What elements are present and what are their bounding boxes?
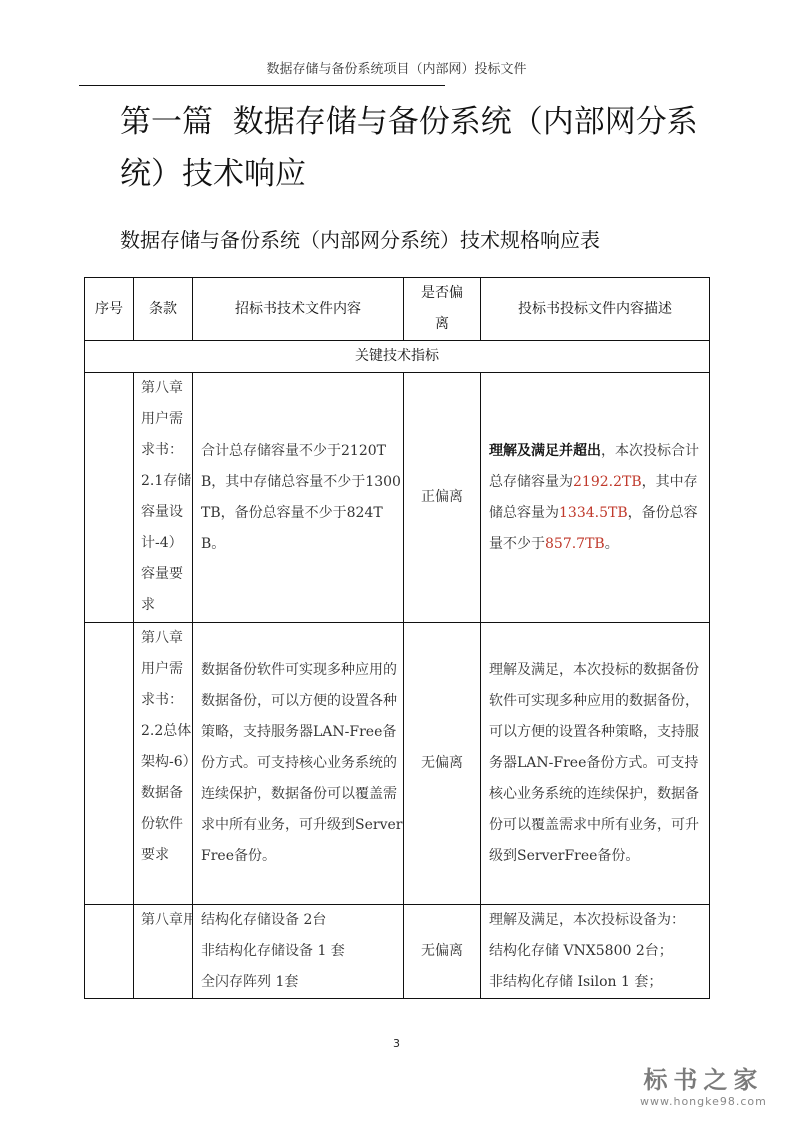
cell-tender-content: 结构化存储设备 2台 非结构化存储设备 1 套 全闪存阵列 1套 <box>193 905 404 999</box>
cell-clause: 第八章用户需求书：2.2总体架构-6）数据备份软件要求 <box>134 623 193 905</box>
running-header: 数据存储与备份系统项目（内部网）投标文件 <box>0 58 793 77</box>
backup-capacity-value: 857.7TB <box>545 536 605 552</box>
watermark-title: 标书之家 <box>640 1060 767 1095</box>
storage-capacity-value: 1334.5TB <box>559 505 628 521</box>
spec-response-table: 序号 条款 招标书技术文件内容 是否偏离 投标书投标文件内容描述 关键技术指标 … <box>84 277 710 999</box>
table-header-row: 序号 条款 招标书技术文件内容 是否偏离 投标书投标文件内容描述 <box>85 278 710 341</box>
header-deviation: 是否偏离 <box>404 278 481 341</box>
header-divider <box>79 85 445 86</box>
section-title: 关键技术指标 <box>85 341 710 373</box>
cell-bid-response: 理解及满足并超出，本次投标合计总存储容量为2192.2TB，其中存储总容量为13… <box>481 373 710 623</box>
table-caption: 数据存储与备份系统（内部网分系统）技术规格响应表 <box>120 224 600 253</box>
response-text: 。 <box>605 536 619 552</box>
cell-seq <box>85 905 134 999</box>
page-number: 3 <box>0 1037 793 1050</box>
header-clause: 条款 <box>134 278 193 341</box>
header-seq: 序号 <box>85 278 134 341</box>
cell-tender-content: 合计总存储容量不少于2120TB，其中存储总容量不少于1300TB，备份总容量不… <box>193 373 404 623</box>
response-line: 结构化存储 VNX5800 2台； <box>489 936 709 967</box>
header-tender-content: 招标书技术文件内容 <box>193 278 404 341</box>
page-title-line-2: 统）技术响应 <box>120 148 700 200</box>
cell-seq <box>85 373 134 623</box>
cell-clause: 第八章用户需求书：4 <box>134 905 193 999</box>
table-row: 第八章用户需求书：2.1存储容量设计-4）容量要求 合计总存储容量不少于2120… <box>85 373 710 623</box>
content-line: 结构化存储设备 2台 <box>201 905 403 936</box>
cell-bid-response: 理解及满足，本次投标设备为： 结构化存储 VNX5800 2台； 非结构化存储 … <box>481 905 710 999</box>
response-line: 非结构化存储 Isilon 1 套； <box>489 967 709 998</box>
watermark-logo: 标书之家 www.hongke98.com <box>640 1060 767 1108</box>
section-row: 关键技术指标 <box>85 341 710 373</box>
table-row: 第八章用户需求书：4 结构化存储设备 2台 非结构化存储设备 1 套 全闪存阵列… <box>85 905 710 999</box>
cell-deviation: 无偏离 <box>404 905 481 999</box>
cell-tender-content: 数据备份软件可实现多种应用的数据备份，可以方便的设置各种策略，支持服务器LAN-… <box>193 623 404 905</box>
cell-deviation: 无偏离 <box>404 623 481 905</box>
cell-clause: 第八章用户需求书：2.1存储容量设计-4）容量要求 <box>134 373 193 623</box>
total-capacity-value: 2192.2TB <box>573 474 642 490</box>
watermark-url: www.hongke98.com <box>640 1095 767 1108</box>
cell-deviation: 正偏离 <box>404 373 481 623</box>
response-lead: 理解及满足并超出 <box>489 443 601 459</box>
header-bid-response: 投标书投标文件内容描述 <box>481 278 710 341</box>
table-row: 第八章用户需求书：2.2总体架构-6）数据备份软件要求 数据备份软件可实现多种应… <box>85 623 710 905</box>
content-line: 全闪存阵列 1套 <box>201 967 403 998</box>
response-line: 理解及满足，本次投标设备为： <box>489 905 709 936</box>
content-line: 非结构化存储设备 1 套 <box>201 936 403 967</box>
cell-bid-response: 理解及满足，本次投标的数据备份软件可实现多种应用的数据备份，可以方便的设置各种策… <box>481 623 710 905</box>
page-title-line-1: 第一篇 数据存储与备份系统（内部网分系 <box>120 96 700 148</box>
cell-seq <box>85 623 134 905</box>
page-title: 第一篇 数据存储与备份系统（内部网分系 统）技术响应 <box>120 96 700 200</box>
